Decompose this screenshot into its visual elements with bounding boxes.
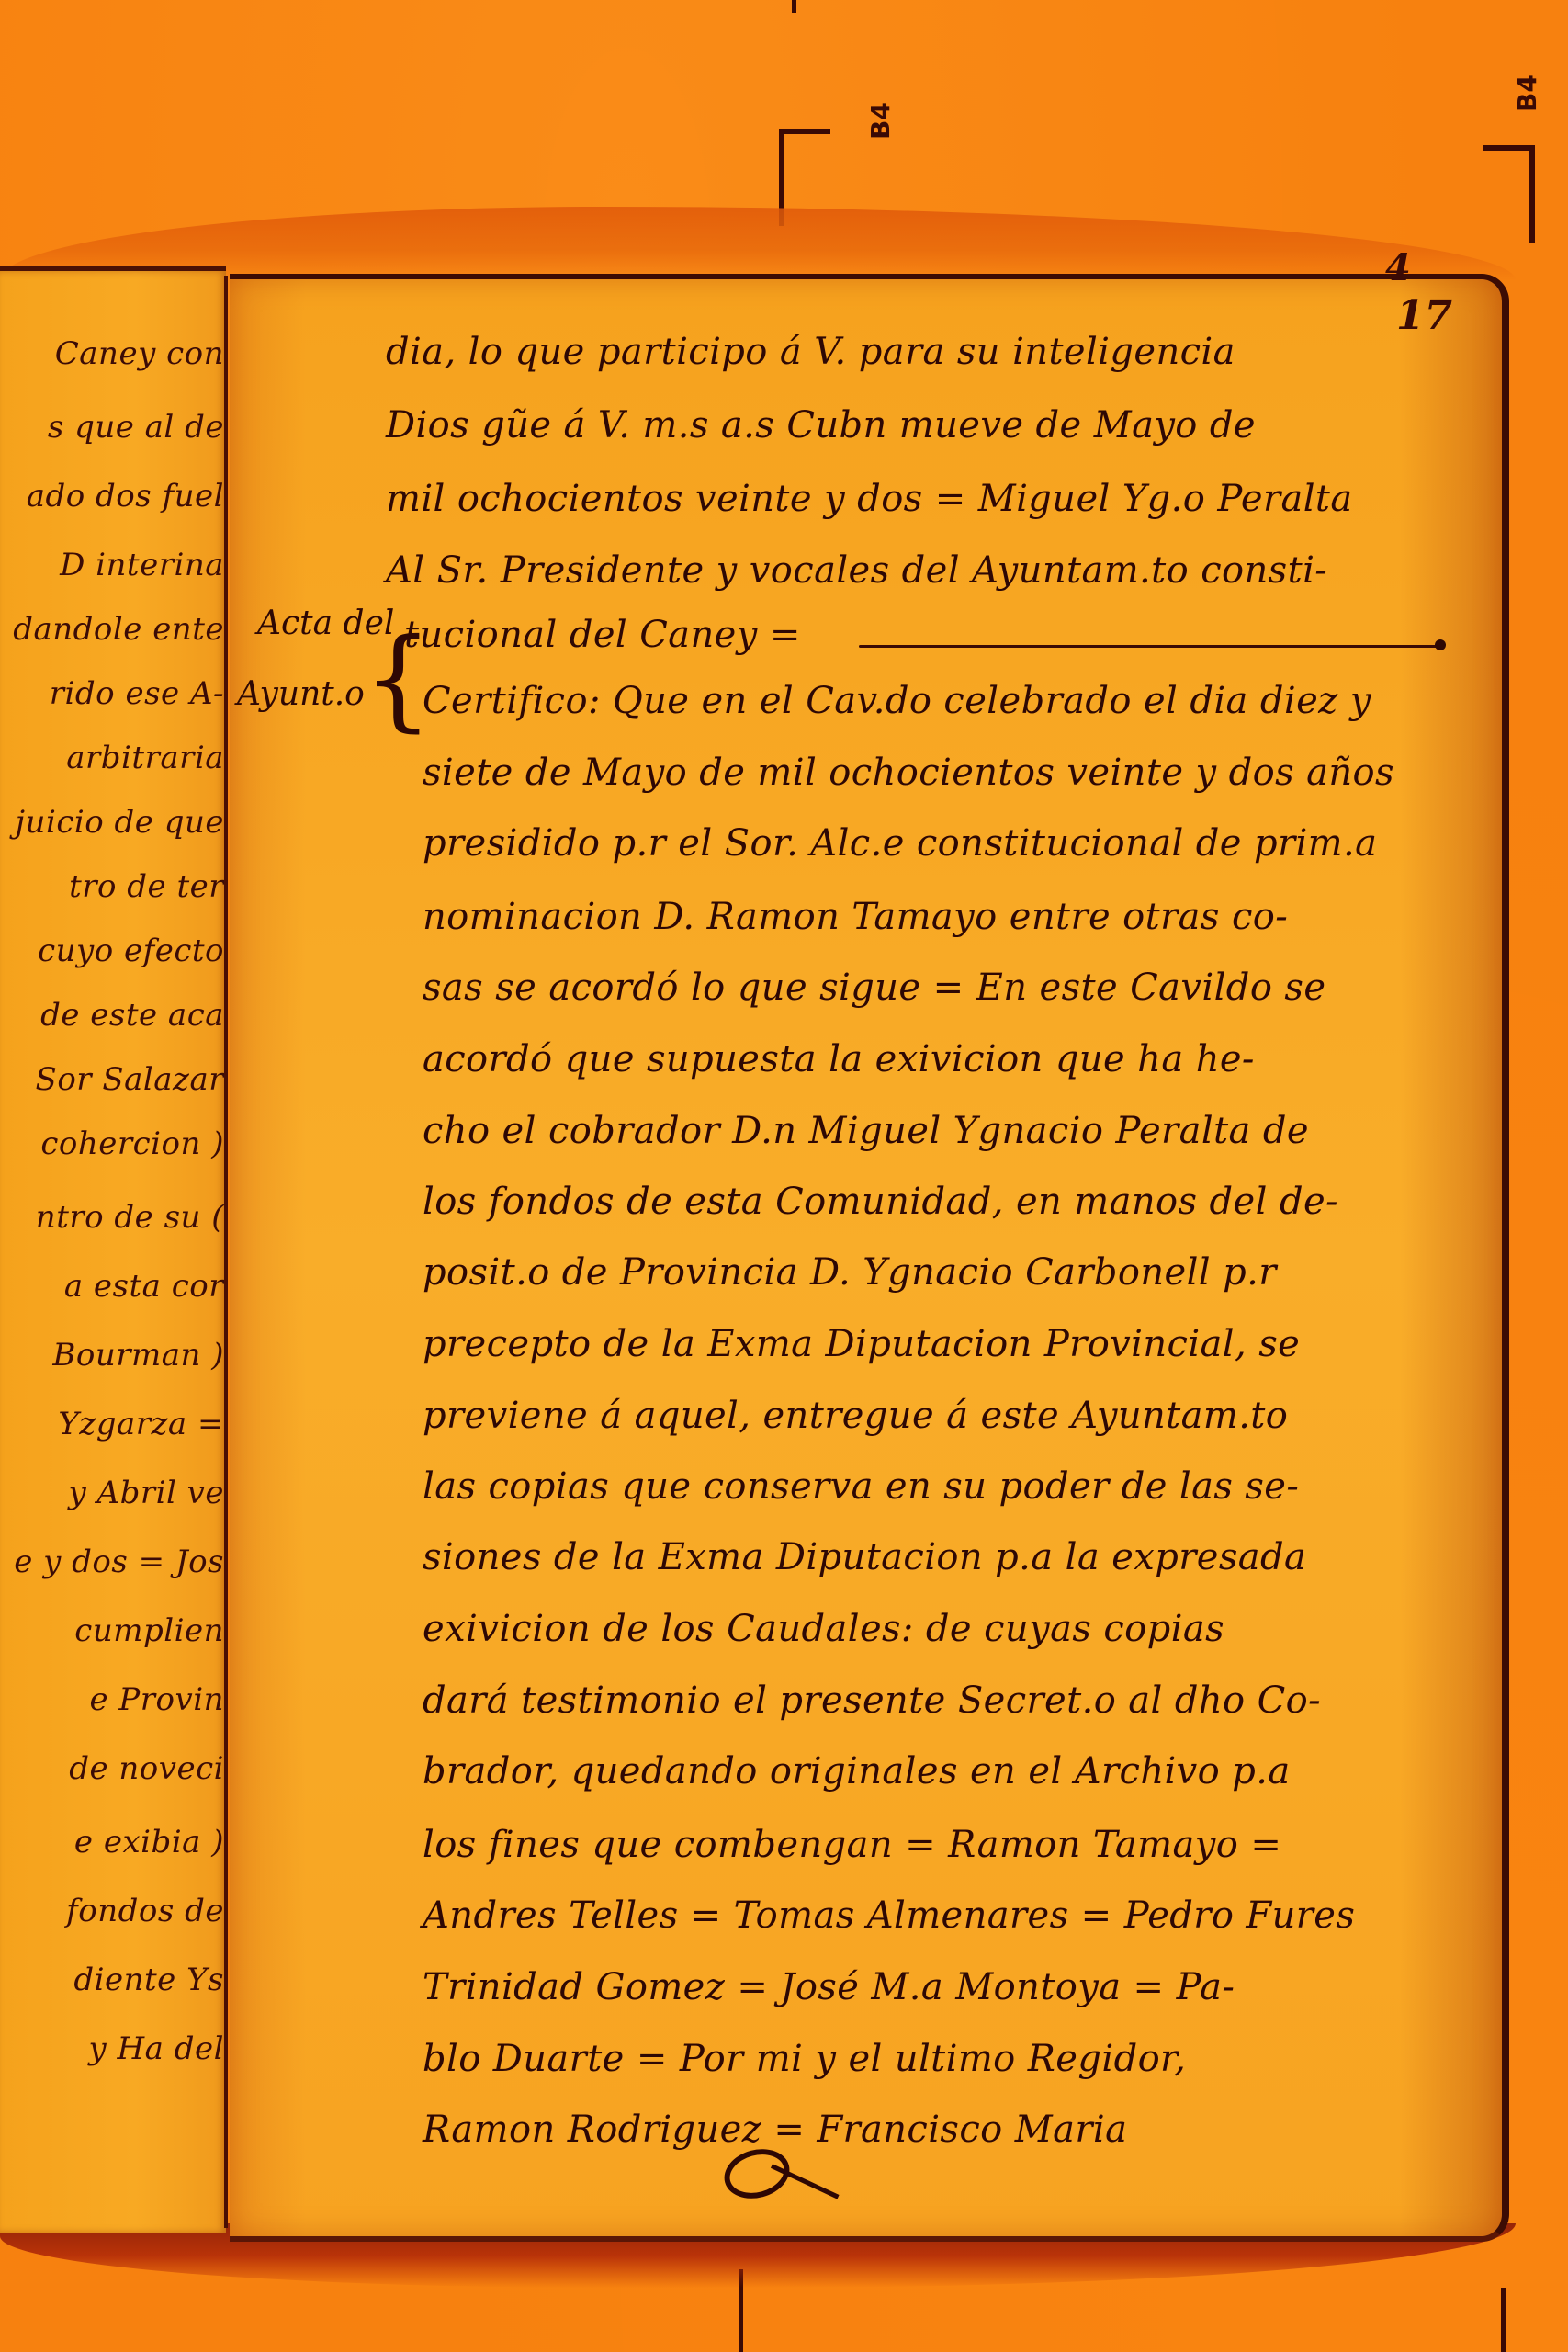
document-line: brador, quedando originales en el Archiv… xyxy=(423,1750,1291,1792)
left-page-line: fondos de xyxy=(0,1893,224,1929)
left-page-line: cumplien xyxy=(0,1612,224,1649)
document-line: previene á aquel, entregue á este Ayunta… xyxy=(423,1395,1288,1437)
left-page-line: a esta cor xyxy=(0,1268,224,1305)
left-page-line: ado dos fuel xyxy=(0,478,224,514)
document-line: exivicion de los Caudales: de cuyas copi… xyxy=(423,1608,1224,1650)
document-line: sas se acordó lo que sigue = En este Cav… xyxy=(423,967,1325,1009)
document-line: Certifico: Que en el Cav.do celebrado el… xyxy=(423,680,1371,722)
left-page-line: arbitraria xyxy=(0,740,224,776)
document-line: Al Sr. Presidente y vocales del Ayuntam.… xyxy=(386,549,1327,592)
page-gutter xyxy=(224,276,228,2228)
document-line: acordó que supuesta la exivicion que ha … xyxy=(423,1038,1255,1080)
left-page-line: y Abril ve xyxy=(0,1475,224,1511)
document-line: siete de Mayo de mil ochocientos veinte … xyxy=(423,752,1394,794)
left-page-line: de noveci xyxy=(0,1750,224,1787)
separator-rule xyxy=(859,645,1438,648)
crop-mark-label-left: B4 xyxy=(865,102,896,140)
document-line: dará testimonio el presente Secret.o al … xyxy=(423,1679,1321,1722)
left-page-line: Yzgarza = xyxy=(0,1406,224,1442)
left-page-line: ntro de su ( xyxy=(0,1199,224,1236)
document-line: Trinidad Gomez = José M.a Montoya = Pa- xyxy=(423,1966,1235,2008)
document-line: los fondos de esta Comunidad, en manos d… xyxy=(423,1181,1338,1223)
left-page-line: de este aca xyxy=(0,997,224,1034)
document-line: tucional del Caney = xyxy=(404,614,801,656)
document-line: cho el cobrador D.n Miguel Ygnacio Peral… xyxy=(423,1110,1309,1152)
left-page-line: Sor Salazar xyxy=(0,1061,224,1098)
left-page-line: cuyo efecto xyxy=(0,933,224,969)
crop-mark-top xyxy=(792,0,796,13)
document-line: nominacion D. Ramon Tamayo entre otras c… xyxy=(423,896,1288,938)
left-page-line: juicio de que xyxy=(0,804,224,841)
left-page-line: D interina xyxy=(0,547,224,583)
left-page-line: e exibia ) xyxy=(0,1824,224,1860)
crop-mark-right xyxy=(1483,145,1535,243)
left-page: Caney con s que al de ado dos fuel D int… xyxy=(0,266,226,2233)
crop-mark-bottom-right xyxy=(1501,2288,1506,2352)
page-number: 4 xyxy=(1385,246,1411,289)
separator-dot xyxy=(1435,639,1446,650)
left-page-line: e Provin xyxy=(0,1681,224,1718)
document-line: Dios gũe á V. m.s a.s Cubn mueve de Mayo… xyxy=(386,404,1256,447)
left-page-line: Bourman ) xyxy=(0,1337,224,1374)
document-line: Ramon Rodriguez = Francisco Maria xyxy=(423,2109,1127,2151)
document-line: las copias que conserva en su poder de l… xyxy=(423,1465,1299,1508)
left-page-line: tro de ter xyxy=(0,868,224,905)
left-page-line: diente Ys xyxy=(0,1962,224,1998)
document-line: blo Duarte = Por mi y el ultimo Regidor, xyxy=(423,2038,1186,2080)
document-line: presidido p.r el Sor. Alc.e constitucion… xyxy=(423,822,1377,865)
left-page-line: rido ese A- xyxy=(0,675,224,712)
left-page-line: y Ha del xyxy=(0,2030,224,2067)
document-line: siones de la Exma Diputacion p.a la expr… xyxy=(423,1536,1306,1578)
left-page-line: s que al de xyxy=(0,409,224,446)
document-line: dia, lo que participo á V. para su intel… xyxy=(386,331,1235,373)
left-page-line: Caney con xyxy=(0,335,224,372)
document-line: Andres Telles = Tomas Almenares = Pedro … xyxy=(423,1894,1355,1937)
margin-note-subtitle: Ayunt.o xyxy=(237,675,365,713)
left-page-line: cohercion ) xyxy=(0,1125,224,1162)
document-line: precepto de la Exma Diputacion Provincia… xyxy=(423,1323,1300,1365)
crop-mark-label-right: B4 xyxy=(1512,74,1542,112)
left-page-line: e y dos = Jos xyxy=(0,1543,224,1580)
document-line: mil ochocientos veinte y dos = Miguel Yg… xyxy=(386,478,1353,520)
left-page-line: dandole ente xyxy=(0,611,224,648)
document-line: los fines que combengan = Ramon Tamayo = xyxy=(423,1824,1281,1866)
document-line: posit.o de Provincia D. Ygnacio Carbonel… xyxy=(423,1251,1277,1294)
folio-mark: 17 xyxy=(1396,292,1452,339)
